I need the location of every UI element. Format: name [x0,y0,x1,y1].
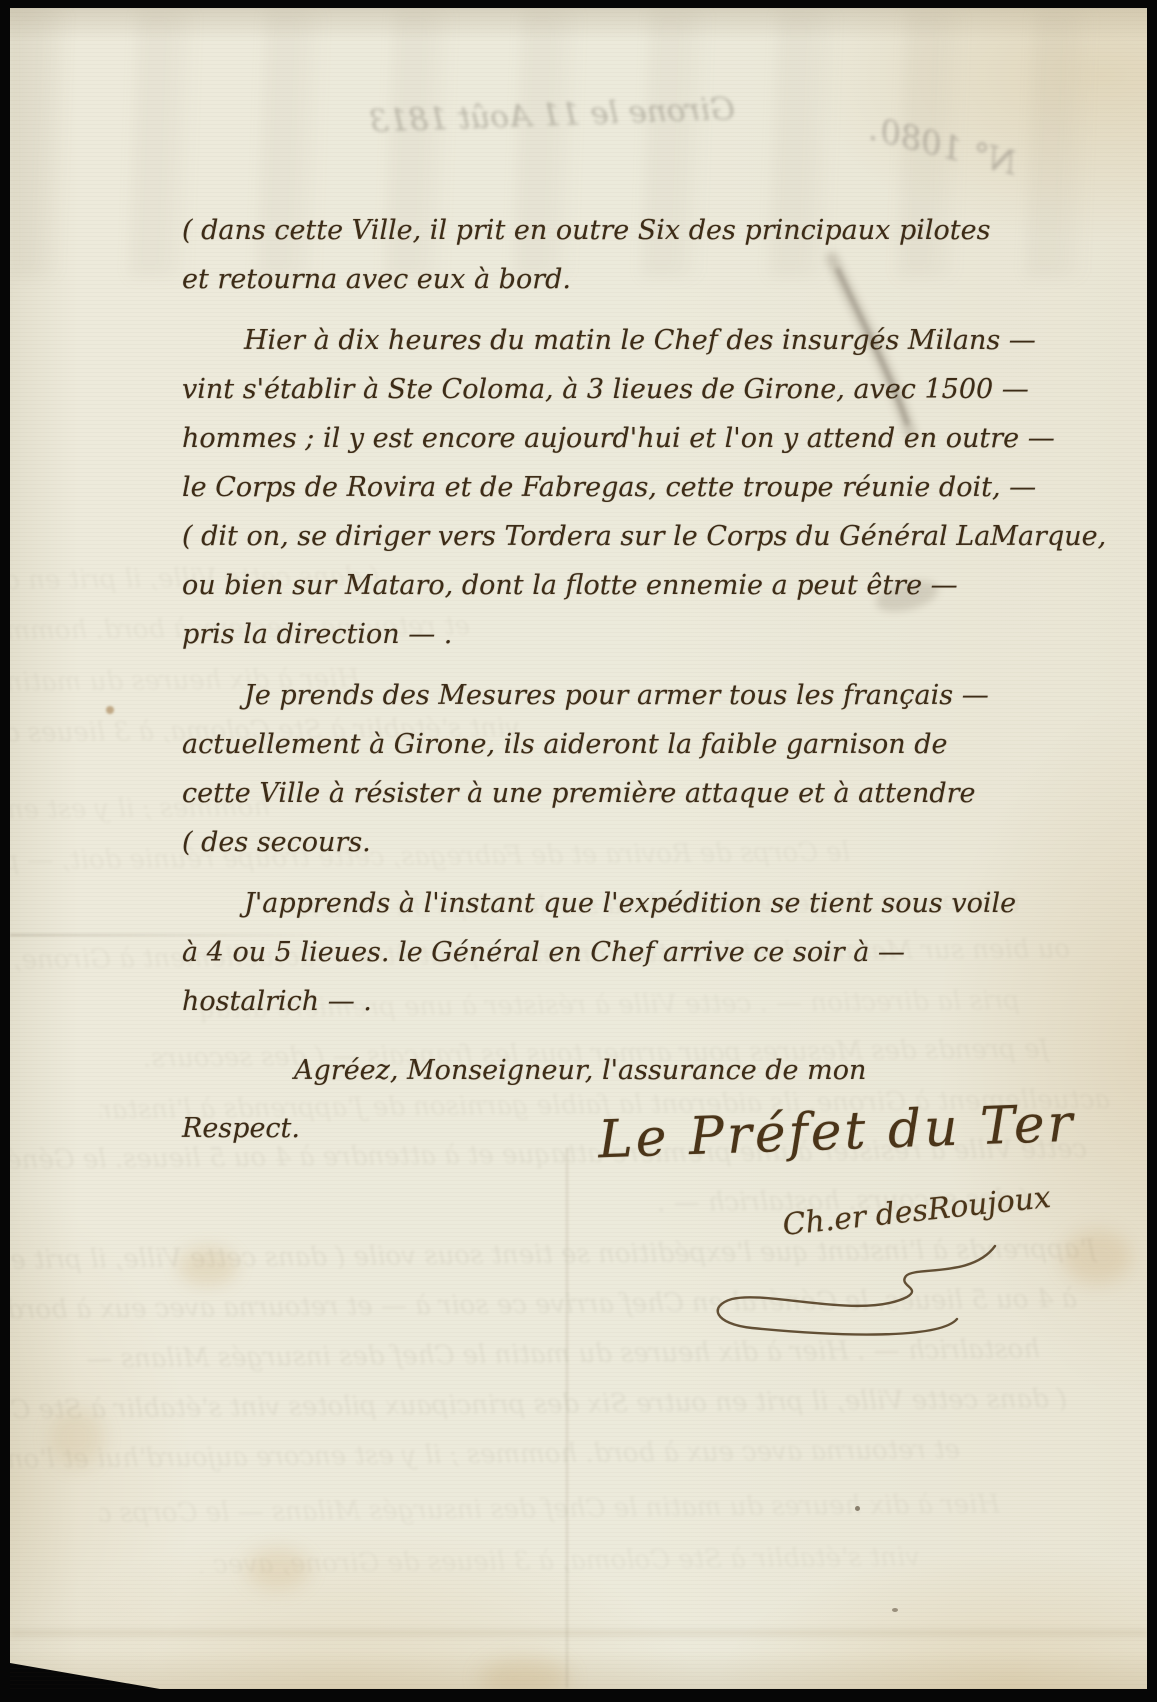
letter-line: Je prends des Mesures pour armer tous le… [182,671,1066,720]
paper-crease [10,1630,1147,1636]
bleed-through-line: et retourna avec eux à bord. hommes ; il… [10,1435,960,1475]
letter-paper: Girone le 11 Août 1813 N° 1080. ( dans c… [10,8,1147,1689]
foxing-spot [50,1408,104,1468]
letter-line: le Corps de Rovira et de Fabregas, cette… [182,463,1066,512]
letter-body: ( dans cette Ville, il prit en outre Six… [182,206,1066,1158]
foxing-spot [246,1548,310,1590]
paragraph: J'apprends à l'instant que l'expédition … [182,879,1066,1026]
bleed-through-line: ( dans cette Ville, il prit en outre Six… [10,1384,1067,1426]
paragraph: Je prends des Mesures pour armer tous le… [182,671,1066,867]
paper-crease [10,934,340,936]
foxing-spot [1062,1230,1132,1284]
letter-line: ( dit on, se diriger vers Tordera sur le… [182,512,1066,561]
letter-line: hommes ; il y est encore aujourd'hui et … [182,414,1066,463]
foxing-spot [178,1246,238,1286]
letter-line: ( dans cette Ville, il prit en outre Six… [182,206,1066,255]
bleed-through-line: J'apprends à l'instant que l'expédition … [10,1234,1097,1276]
letter-line: et retourna avec eux à bord. [182,255,1066,304]
closing-line: Agréez, Monseigneur, l'assurance de mon [182,1042,1066,1100]
paragraph: ( dans cette Ville, il prit en outre Six… [182,206,1066,304]
signature-name: Ch.er desRoujoux [781,1180,1053,1243]
ink-dot [855,1506,860,1511]
bleed-through-line: hostalrich — . Hier à dix heures du mati… [10,1334,1040,1375]
letter-line: J'apprends à l'instant que l'expédition … [182,879,1066,928]
bleed-through-line: à 4 ou 5 lieues. le Général en Chef arri… [10,1284,1077,1326]
letter-line: vint s'établir à Ste Coloma, à 3 lieues … [182,365,1066,414]
letter-line: Hier à dix heures du matin le Chef des i… [182,316,1066,365]
bleed-through-line: vint s'établir à Ste Coloma, à 3 lieues … [200,1542,920,1580]
clipped-paper-corner [10,1663,160,1689]
paragraph: Hier à dix heures du matin le Chef des i… [182,316,1066,659]
foxing-spot [480,1658,570,1689]
bleed-through-line: Hier à dix heures du matin le Chef des i… [100,1489,1000,1528]
letter-line: ( des secours. [182,818,1066,867]
letter-line: ou bien sur Mataro, dont la flotte ennem… [182,561,1066,610]
ink-dot [892,1608,898,1612]
scanned-letter-page: Girone le 11 Août 1813 N° 1080. ( dans c… [0,0,1157,1702]
letter-line: actuellement à Girone, ils aideront la f… [182,720,1066,769]
letter-line: cette Ville à résister à une première at… [182,769,1066,818]
paper-crease [566,1148,568,1688]
letter-line: hostalrich — . [182,977,1066,1026]
letter-line: pris la direction — . [182,610,1066,659]
foxing-spot [106,706,114,714]
